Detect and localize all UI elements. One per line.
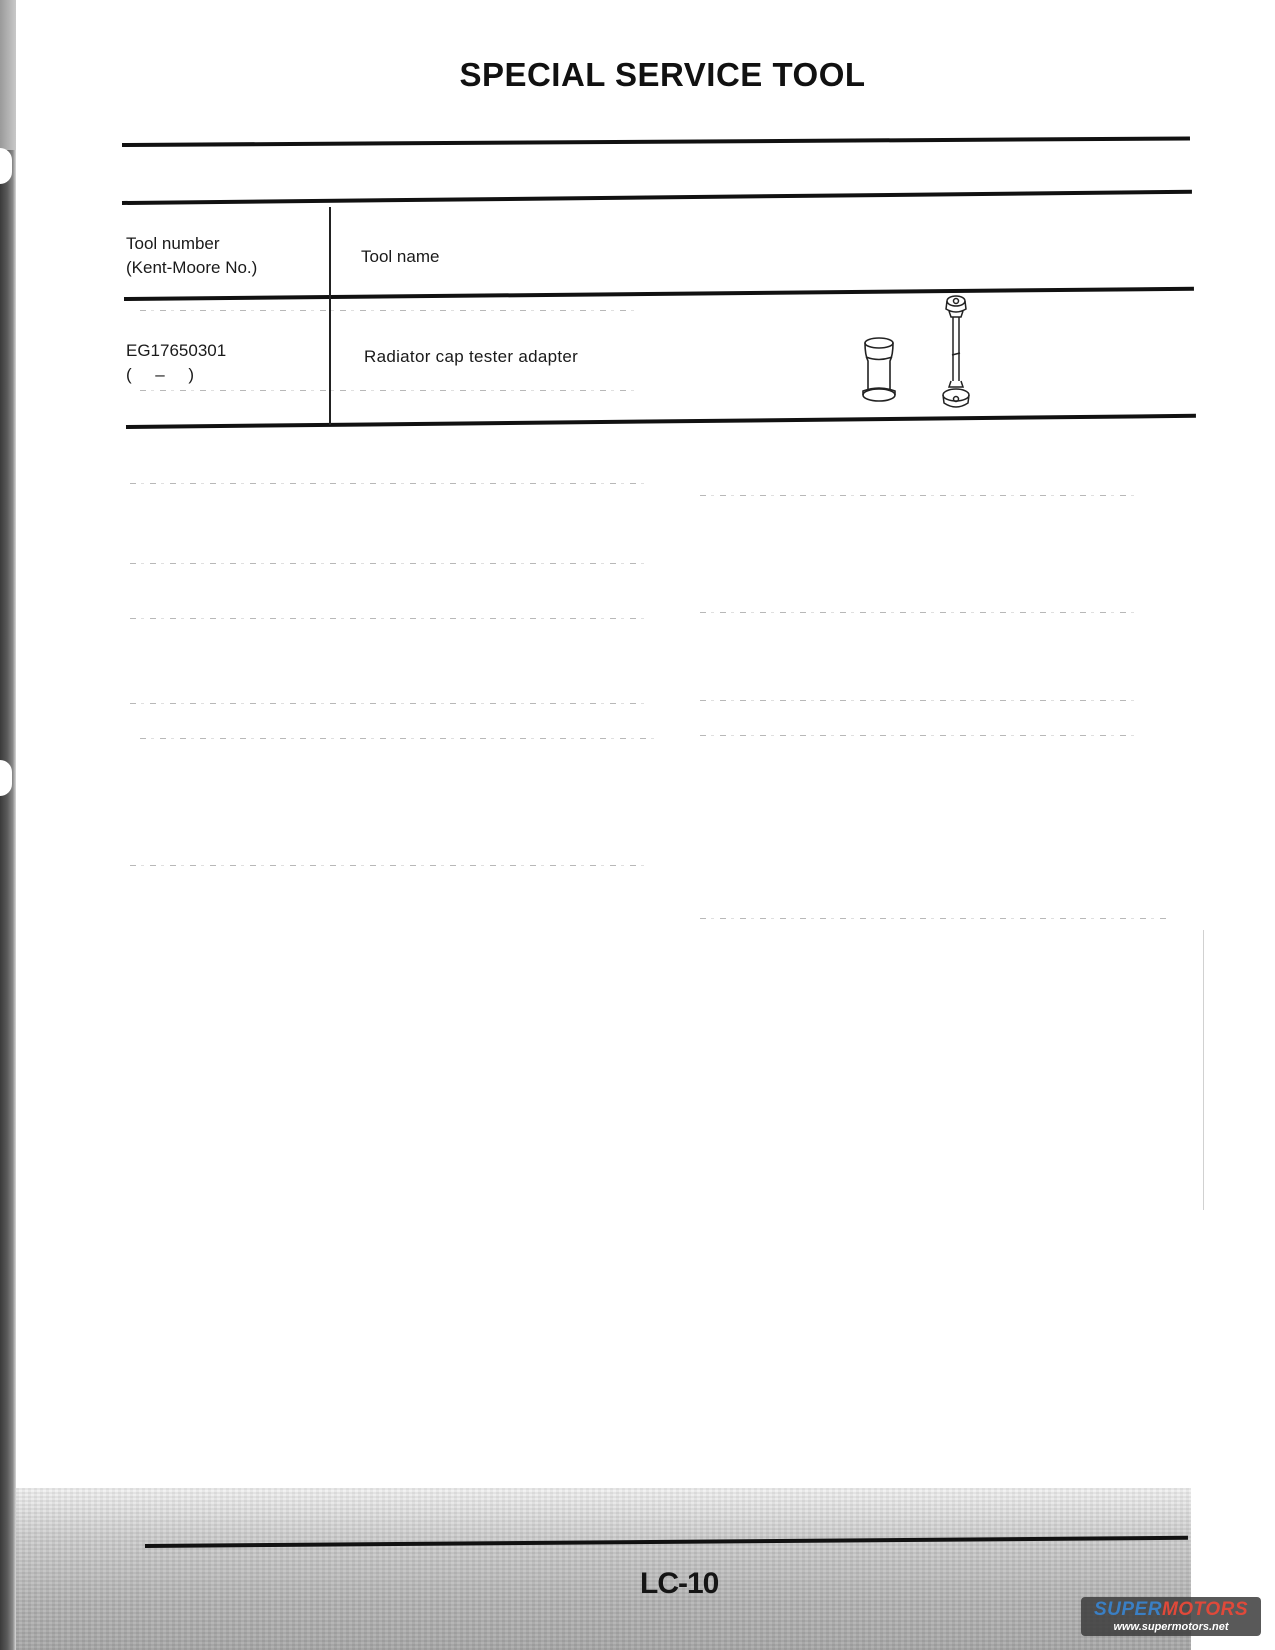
scan-shading-band <box>16 1488 1191 1650</box>
column-divider <box>329 207 331 425</box>
header-tool-number: Tool number (Kent-Moore No.) <box>126 232 257 280</box>
supermotors-watermark: SUPERMOTORS www.supermotors.net <box>1081 1597 1261 1636</box>
header-tool-number-line1: Tool number <box>126 232 257 256</box>
watermark-brand-motors: MOTORS <box>1162 1599 1248 1620</box>
tool-name-cell: Radiator cap tester adapter <box>364 345 578 369</box>
scan-binding-edge <box>0 0 16 1650</box>
tool-number: EG17650301 <box>126 339 226 363</box>
page-number: LC-10 <box>640 1567 718 1601</box>
table-bottom-rule <box>126 414 1196 429</box>
kent-moore-number: ( – ) <box>126 363 226 387</box>
table-top-rule <box>122 190 1192 205</box>
header-tool-name: Tool name <box>361 245 439 269</box>
watermark-url: www.supermotors.net <box>1085 1621 1257 1633</box>
header-tool-number-line2: (Kent-Moore No.) <box>126 256 257 280</box>
page-title: SPECIAL SERVICE TOOL <box>0 56 1275 94</box>
table-header-rule <box>124 287 1194 301</box>
title-rule <box>122 136 1190 147</box>
radiator-cap-tester-adapter-illustration <box>850 295 1000 415</box>
watermark-brand-super: SUPER <box>1094 1599 1162 1620</box>
tool-number-cell: EG17650301 ( – ) <box>126 339 226 387</box>
right-margin-line <box>1203 930 1204 1210</box>
